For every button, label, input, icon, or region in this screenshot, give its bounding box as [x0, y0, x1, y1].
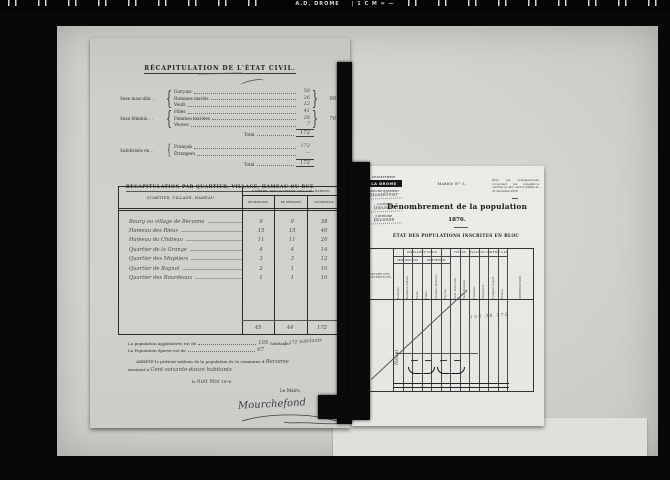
- montant-line: montant à Cent soixante-douze habitants: [128, 367, 232, 373]
- arrondissement-handwritten: Montélimar: [366, 192, 402, 199]
- rotated-column-header: Français: [473, 265, 476, 299]
- quartier-rows: Bourg ou village de Béconne 9 9 38 Hamea…: [119, 217, 340, 283]
- dotted-leader: [211, 96, 296, 101]
- header-bottom-rule: [366, 299, 533, 300]
- brace: }: [284, 341, 287, 346]
- arrete-text: ARRÊTÉ le présent tableau de la populati…: [136, 359, 264, 364]
- quartier-table: QUARTIER, VILLAGE, HAMEAU NOMBRE, PAR QU…: [118, 186, 341, 335]
- subgroup-sexe-masculin: SEXE MASCULIN: [394, 257, 423, 264]
- dotted-leader: [197, 152, 296, 157]
- quartier-name-handwritten: Quartier de la Grange: [119, 247, 246, 253]
- date-year: 1876.: [221, 379, 233, 384]
- row-label: Femmes mariées: [174, 116, 210, 122]
- partial-rule: [396, 353, 478, 354]
- quartier-name-handwritten: Bourg ou village de Béconne: [119, 219, 246, 225]
- civil-row: Garçons 58: [174, 89, 310, 95]
- population-table: NATURE DES INSCRIPTIONS Garçons Hommes m…: [365, 248, 534, 392]
- dotted-leader: [188, 103, 296, 108]
- montant-handwritten: Cent soixante-douze habitants: [150, 367, 231, 373]
- page-fold-shadow: [350, 162, 370, 420]
- ruler-ticks-right: [408, 0, 660, 6]
- left-document: RÉCAPITULATION DE L'ÉTAT CIVIL. Sexe mas…: [90, 38, 350, 428]
- departement-stamp: LA DROME: [366, 180, 402, 187]
- row-label: Veuves: [174, 122, 189, 128]
- row-label: Étrangers: [174, 151, 195, 157]
- total-menages: 44: [274, 325, 306, 331]
- bottom-brace: [437, 367, 465, 374]
- title-rule: [454, 227, 468, 228]
- maisons-value: 2: [246, 266, 277, 272]
- individus-value: 10: [308, 266, 340, 272]
- pen-flourish: [240, 78, 265, 89]
- table-row: Quartier des Moyniers 3 3 12: [119, 255, 340, 264]
- civil-row: Filles 41: [174, 109, 310, 115]
- combined-total-handwritten: } 172 habitants: [284, 336, 342, 346]
- nota-note: Nota. Les renseignements concernant les …: [492, 179, 539, 193]
- menages-value: 11: [276, 237, 308, 243]
- nationality-row: Étrangers —: [174, 151, 310, 157]
- value-handwritten: 105: [258, 340, 268, 346]
- table-column: Français: [470, 249, 480, 391]
- label: La population agglomérée est de: [128, 341, 196, 346]
- maisons-value: 9: [246, 219, 277, 225]
- open-brace: {: [167, 109, 170, 129]
- close-brace: }: [313, 109, 316, 129]
- dotted-leader: [257, 162, 294, 167]
- montant-label: montant à: [128, 367, 149, 372]
- table-column: Étrangers: [480, 249, 490, 391]
- individus-value: 20: [308, 237, 340, 243]
- dotted-leader: [198, 341, 256, 346]
- microfilm-scan: A.D. DROME | 1 C M = — RÉCAPITULATION DE…: [0, 0, 670, 480]
- rotated-column-header: OBSERVATIONS: [519, 265, 522, 299]
- open-brace: {: [167, 144, 170, 158]
- total-individus: 172: [306, 325, 338, 331]
- census-year: 1876.: [378, 217, 536, 223]
- maisons-value: 4: [246, 247, 277, 253]
- individus-value: 12: [308, 256, 340, 262]
- sub-column-header: D'INDIVIDUS: [308, 195, 340, 208]
- rotated-column-header: Filles: [425, 265, 428, 299]
- civil-total-row: Total 172: [114, 129, 336, 137]
- arrete-line: ARRÊTÉ le présent tableau de la populati…: [136, 359, 342, 365]
- rotated-column-header: Totaux: [501, 265, 504, 299]
- table-row: Quartier des Bourdeaux 1 1 10: [119, 273, 340, 282]
- totals-rule: [242, 320, 340, 321]
- individus-value: 10: [308, 275, 340, 281]
- table-row: Bourg ou village de Béconne 9 9 38: [119, 217, 340, 226]
- individus-value: 14: [308, 247, 340, 253]
- civil-group-feminin: Sexe féminin . . { Filles 41 Femmes mari…: [114, 109, 336, 128]
- form-model-number: Modèle N° 5.: [410, 182, 494, 186]
- nationality-group: Subdivisés en . . { Français 172 Étrange…: [114, 144, 336, 157]
- archive-label: A.D. DROME: [295, 1, 339, 7]
- total-value-handwritten: 172: [296, 129, 314, 137]
- maisons-value: 1: [246, 275, 277, 281]
- civil-row: Hommes mariés 26: [174, 96, 310, 102]
- quartier-name-handwritten: Quartier des Moyniers: [119, 256, 246, 262]
- bottom-brace: [408, 367, 435, 374]
- nationality-total-row: Total 172: [114, 159, 336, 167]
- nota-dash: [512, 198, 518, 199]
- observations-column: OBSERVATIONS: [508, 249, 533, 391]
- title-rule: [198, 73, 242, 75]
- quartier-name-handwritten: Hameau des Rieux: [119, 228, 246, 234]
- table-column: Comptés à part: [489, 249, 499, 391]
- signature-handwritten: Mourchefond: [238, 397, 306, 412]
- dotted-leader: [212, 116, 296, 121]
- group-label: Subdivisés en . .: [114, 144, 166, 157]
- rotated-column-header: Comptés à part: [492, 265, 495, 299]
- table-row: Hameau des Rieux 15 15 40: [119, 226, 340, 235]
- civil-rows: Garçons 58 Hommes mariés 26 Veufs: [172, 89, 312, 108]
- individus-value: 38: [308, 219, 340, 225]
- menages-value: 1: [276, 275, 308, 281]
- right-document: DÉPARTEMENT LA DROME ARRONDISSEMENT Mont…: [352, 166, 544, 426]
- table-row: Quartier de la Grange 4 4 14: [119, 245, 340, 254]
- column-header-quartier: QUARTIER, VILLAGE, HAMEAU: [119, 187, 243, 208]
- dotted-leader: [194, 89, 296, 94]
- value-handwritten: 67: [257, 347, 264, 353]
- photo-area: RÉCAPITULATION DE L'ÉTAT CIVIL. Sexe mas…: [57, 26, 658, 456]
- table-row: Hameau du Château 11 11 20: [119, 236, 340, 245]
- row-label: Hommes mariés: [174, 96, 209, 102]
- table-bottom-double-rule: [394, 383, 509, 388]
- quartier-name-handwritten: Quartier des Bourdeaux: [119, 275, 246, 281]
- civil-rows: Filles 41 Femmes mariées 28 Veuves: [172, 109, 312, 128]
- row-label: Veufs: [174, 102, 186, 108]
- table-column: Totaux: [499, 249, 509, 391]
- first-column-header: NATURE DES INSCRIPTIONS: [366, 273, 393, 280]
- group-label: Sexe féminin . .: [114, 109, 166, 128]
- dotted-leader: [188, 109, 296, 114]
- date-le: le: [192, 379, 196, 384]
- commune-handwritten: Béconne: [266, 359, 289, 365]
- civil-group-masculin: Sexe masculin . . { Garçons 58 Hommes ma…: [114, 89, 336, 108]
- individus-value: 40: [308, 228, 340, 234]
- label: La Population éparse est de: [128, 348, 186, 353]
- civil-row: Femmes mariées 28: [174, 116, 310, 122]
- dotted-leader: [191, 123, 296, 128]
- neant-handwritten: Néant: [394, 327, 400, 365]
- totals-row: 45 44 172: [242, 325, 340, 331]
- ruler-ticks-left: [8, 0, 260, 6]
- page-fold-shadow: [318, 395, 351, 419]
- rotated-column-header: Sexe masculin: [454, 265, 457, 299]
- total-label: Total: [244, 162, 255, 167]
- row-label: Garçons: [174, 89, 192, 95]
- menages-value: 1: [276, 266, 308, 272]
- row-value-handwritten: —: [298, 151, 310, 157]
- total-label: Total: [244, 132, 255, 137]
- dotted-leader: [194, 144, 296, 149]
- subtotal-handwritten: 96: [318, 89, 336, 108]
- maisons-value: 15: [246, 228, 277, 234]
- rotated-column-header: Veuves: [444, 265, 447, 299]
- right-doc-title: Dénombrement de la population: [378, 202, 536, 211]
- maisons-value: 3: [246, 256, 277, 262]
- table-column: Garçons: [394, 249, 404, 391]
- group-header-population-civile: POPULATION CIVILE: [394, 249, 451, 257]
- group-header-totaux: TOTAUX: [451, 249, 470, 257]
- row-value-handwritten: 7: [298, 122, 310, 128]
- quartier-name-handwritten: Hameau du Château: [119, 237, 246, 243]
- row-label: Français: [174, 144, 192, 150]
- group-header-comptee-a-part: POPULATION COMPTÉE À PART: [470, 249, 508, 257]
- rotated-column-header: Étrangers: [482, 265, 485, 299]
- row-value-handwritten: 172: [298, 144, 310, 150]
- menages-value: 4: [276, 247, 308, 253]
- sub-column-headers: DE MAISONS DE MÉNAGES D'INDIVIDUS: [242, 195, 340, 208]
- menages-value: 9: [276, 219, 308, 225]
- sub-column-header: DE MAISONS: [242, 195, 275, 208]
- menages-value: 15: [276, 228, 308, 234]
- film-ruler: A.D. DROME | 1 C M = —: [0, 0, 670, 11]
- civil-row: Veufs 12: [174, 102, 310, 108]
- rotated-column-header: Hommes mariés: [406, 265, 409, 299]
- civil-row: Veuves 7: [174, 122, 310, 128]
- nationality-rows: Français 172 Étrangers —: [172, 144, 312, 157]
- subtotal-handwritten: 76: [318, 109, 336, 128]
- table-row: Quartier de Bagnol 2 1 10: [119, 264, 340, 273]
- population-eparse-line: La Population éparse est de 67: [128, 347, 264, 353]
- quartier-name-handwritten: Quartier de Bagnol: [119, 266, 246, 272]
- date-handwritten: huit Mai: [197, 379, 220, 385]
- dotted-leader: [257, 132, 294, 137]
- rotated-column-header: Veufs: [416, 265, 419, 299]
- nationality-row: Français 172: [174, 144, 310, 150]
- rotated-column-header: Garçons: [397, 265, 400, 299]
- menages-value: 3: [276, 256, 308, 262]
- group-label: Sexe masculin . .: [114, 89, 166, 108]
- row-label: Filles: [174, 109, 186, 115]
- population-agglomeree-line: La population agglomérée est de 105 habi…: [128, 340, 290, 346]
- right-doc-subtitle: ÉTAT DES POPULATIONS INSCRITES EN BLOC: [372, 234, 540, 239]
- total-value-handwritten: 172: [296, 159, 314, 167]
- rotated-column-header: Femmes mariées: [435, 265, 438, 299]
- scale-label: | 1 C M = —: [352, 1, 395, 7]
- subgroup-sexe-feminin: SEXE FÉMININ: [423, 257, 452, 264]
- combined-value: 172 habitants: [288, 338, 322, 346]
- total-maisons: 45: [242, 325, 274, 331]
- date-line: le huit Mai 1876.: [192, 379, 233, 385]
- dotted-leader: [188, 348, 256, 353]
- sub-column-header: DE MÉNAGES: [275, 195, 308, 208]
- maisons-value: 11: [246, 237, 277, 243]
